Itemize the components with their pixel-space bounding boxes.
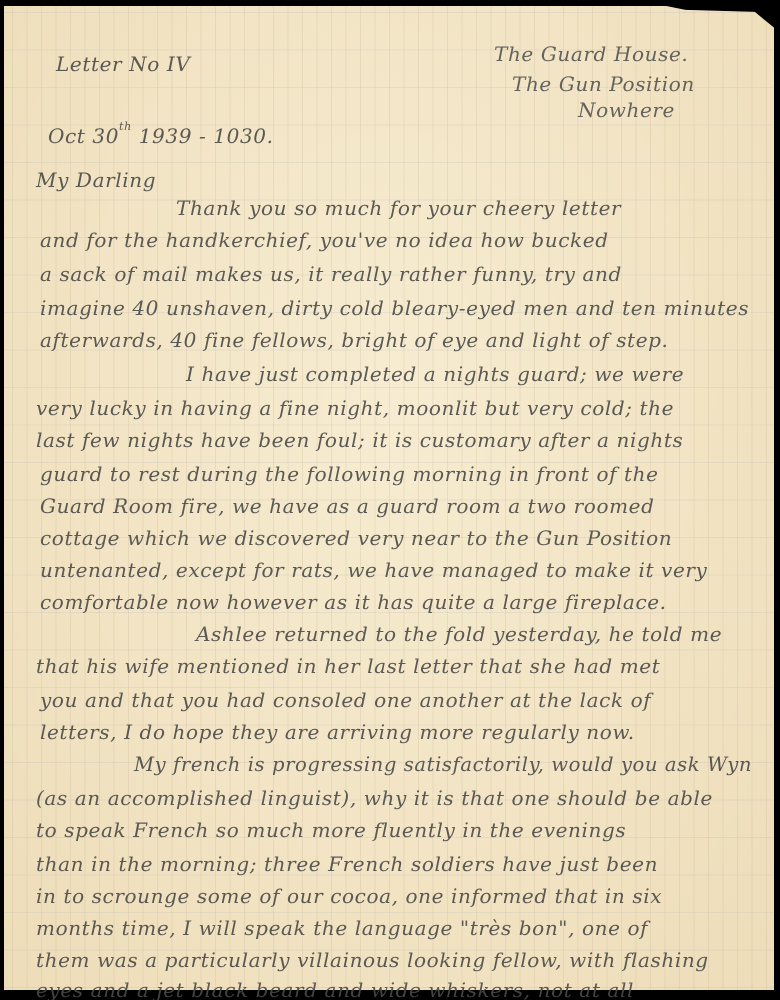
letter-line: (as an accomplished linguist), why it is… xyxy=(36,786,713,810)
letter-line: Guard Room fire, we have as a guard room… xyxy=(40,494,655,518)
letter-line: than in the morning; three French soldie… xyxy=(36,852,658,876)
letter-line: that his wife mentioned in her last lett… xyxy=(36,654,660,678)
letter-line: I have just completed a nights guard; we… xyxy=(186,362,684,386)
letter-line: to speak French so much more fluently in… xyxy=(36,818,626,842)
address-line-1: The Guard House. xyxy=(494,42,688,66)
letter-line: last few nights have been foul; it is cu… xyxy=(36,428,683,452)
letter-line: you and that you had consoled one anothe… xyxy=(40,688,651,712)
date-suffix: th xyxy=(119,120,132,133)
address-line-2: The Gun Position xyxy=(512,72,695,96)
letter-line: guard to rest during the following morni… xyxy=(40,462,659,486)
letter-line: very lucky in having a fine night, moonl… xyxy=(36,396,674,420)
address-line-3: Nowhere xyxy=(578,98,675,122)
letter-line: months time, I will speak the language "… xyxy=(36,916,648,940)
letter-line: Ashlee returned to the fold yesterday, h… xyxy=(196,622,722,646)
letter-line: eyes and a jet black beard and wide whis… xyxy=(36,978,634,1000)
letter-date: Oct 30th 1939 - 1030. xyxy=(48,124,274,148)
letter-line: afterwards, 40 fine fellows, bright of e… xyxy=(40,328,669,352)
letter-line: cottage which we discovered very near to… xyxy=(40,526,672,550)
letter-line: letters, I do hope they are arriving mor… xyxy=(40,720,635,744)
letter-line: Thank you so much for your cheery letter xyxy=(176,196,621,220)
date-month-day: Oct 30 xyxy=(48,124,119,148)
salutation: My Darling xyxy=(36,168,156,192)
letter-line: in to scrounge some of our cocoa, one in… xyxy=(36,884,662,908)
letter-line: My french is progressing satisfactorily,… xyxy=(134,752,752,776)
letter-line: and for the handkerchief, you've no idea… xyxy=(40,228,609,252)
letter-line: them was a particularly villainous looki… xyxy=(36,948,709,972)
date-year-time: 1939 - 1030. xyxy=(139,124,274,148)
letter-line: a sack of mail makes us, it really rathe… xyxy=(40,262,622,286)
letter-line: untenanted, except for rats, we have man… xyxy=(40,558,707,582)
letter-line: comfortable now however as it has quite … xyxy=(40,590,667,614)
letter-line: imagine 40 unshaven, dirty cold bleary-e… xyxy=(40,296,749,320)
letter-number: Letter No IV xyxy=(56,52,190,76)
